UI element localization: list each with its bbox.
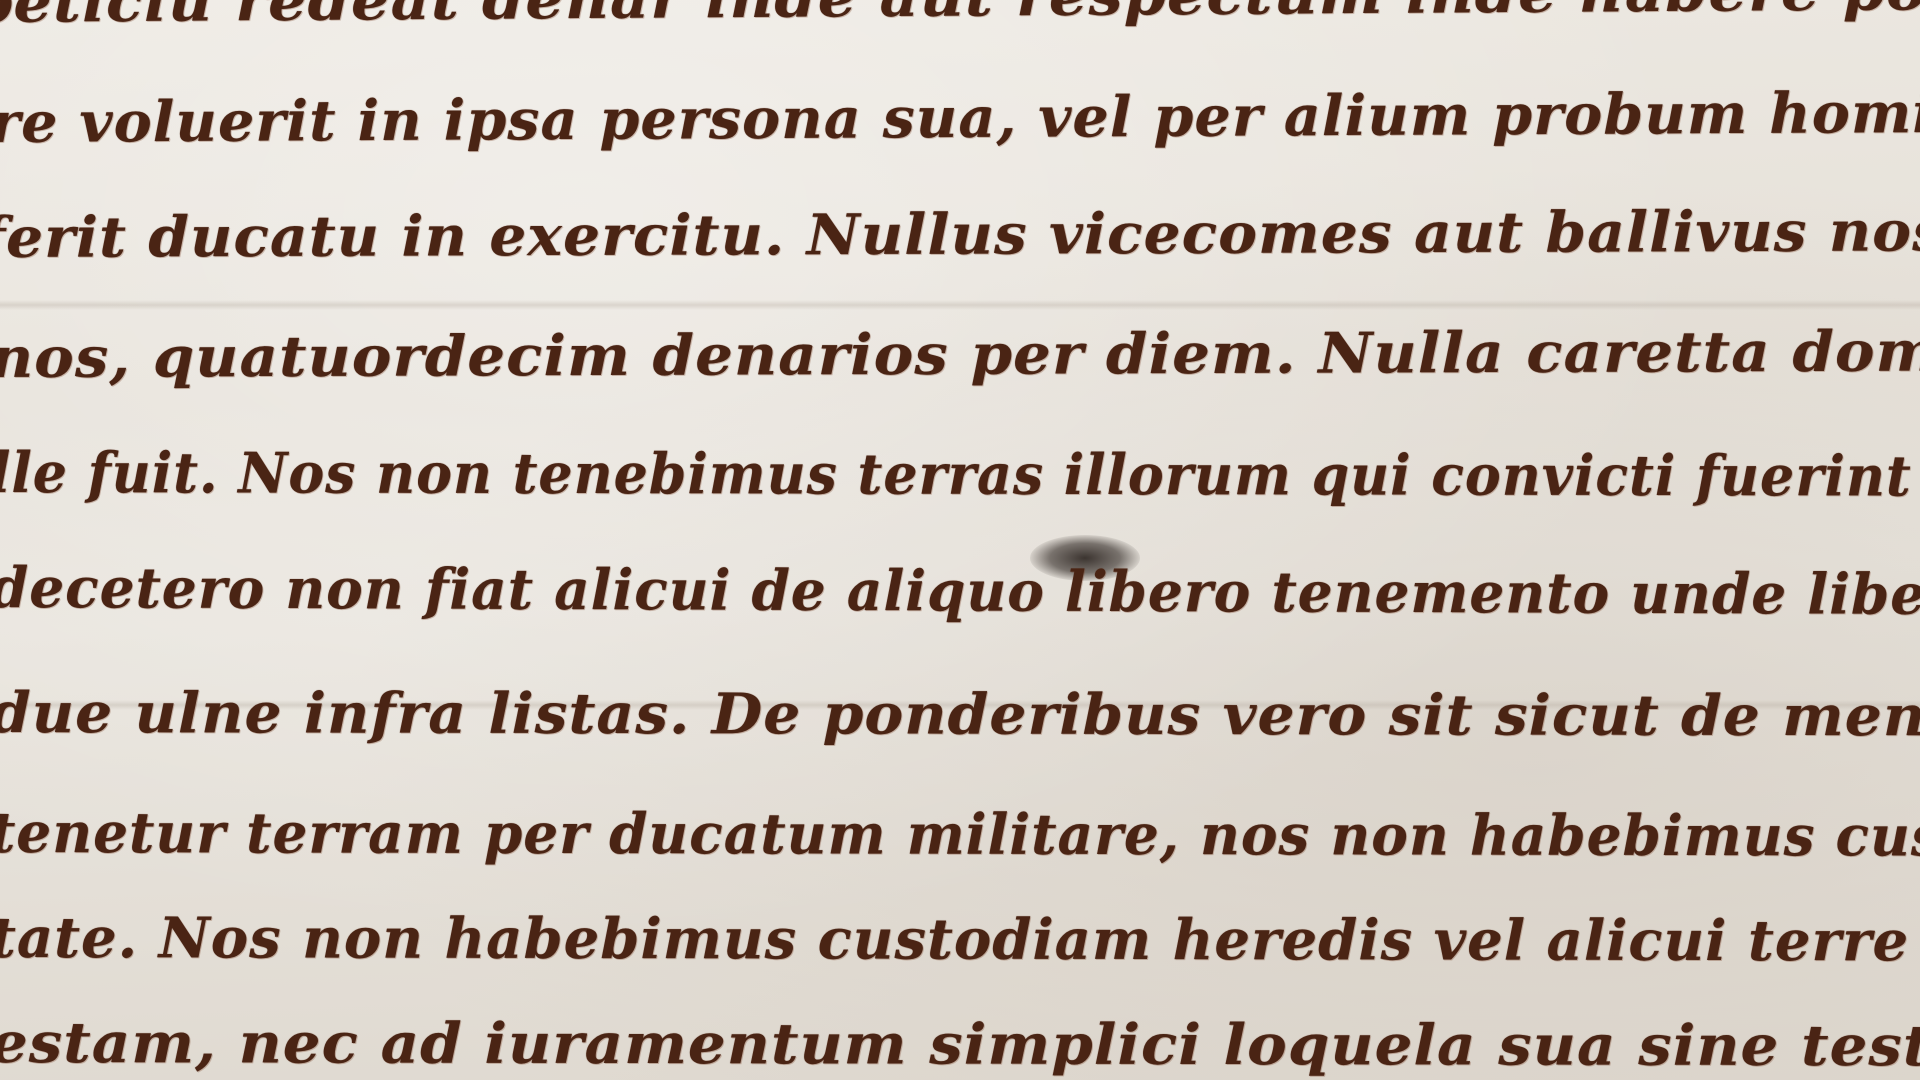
manuscript-line-8: tenetur terram per ducatum militare, nos… xyxy=(0,800,1920,870)
parchment-crease xyxy=(0,300,1920,310)
manuscript-line-7: due ulne infra listas. De ponderibus ver… xyxy=(0,680,1920,750)
manuscript-line-3: ferit ducatu in exercitu. Nullus vicecom… xyxy=(0,197,1920,271)
manuscript-line-9: tate. Nos non habebimus custodiam heredi… xyxy=(0,905,1920,975)
manuscript-line-2: re voluerit in ipsa persona sua, vel per… xyxy=(0,78,1920,156)
manuscript-line-5: lle fuit. Nos non tenebimus terras illor… xyxy=(0,440,1920,510)
manuscript-photo: peticiu redeat denar inde aut respectum … xyxy=(0,0,1920,1080)
manuscript-line-10: estam, nec ad iuramentum simplici loquel… xyxy=(0,1010,1920,1079)
manuscript-line-4: nos, quatuordecim denarios per diem. Nul… xyxy=(0,317,1920,391)
manuscript-line-6: decetero non fiat alicui de aliquo liber… xyxy=(0,555,1920,629)
manuscript-line-1: peticiu redeat denar inde aut respectum … xyxy=(0,0,1920,36)
